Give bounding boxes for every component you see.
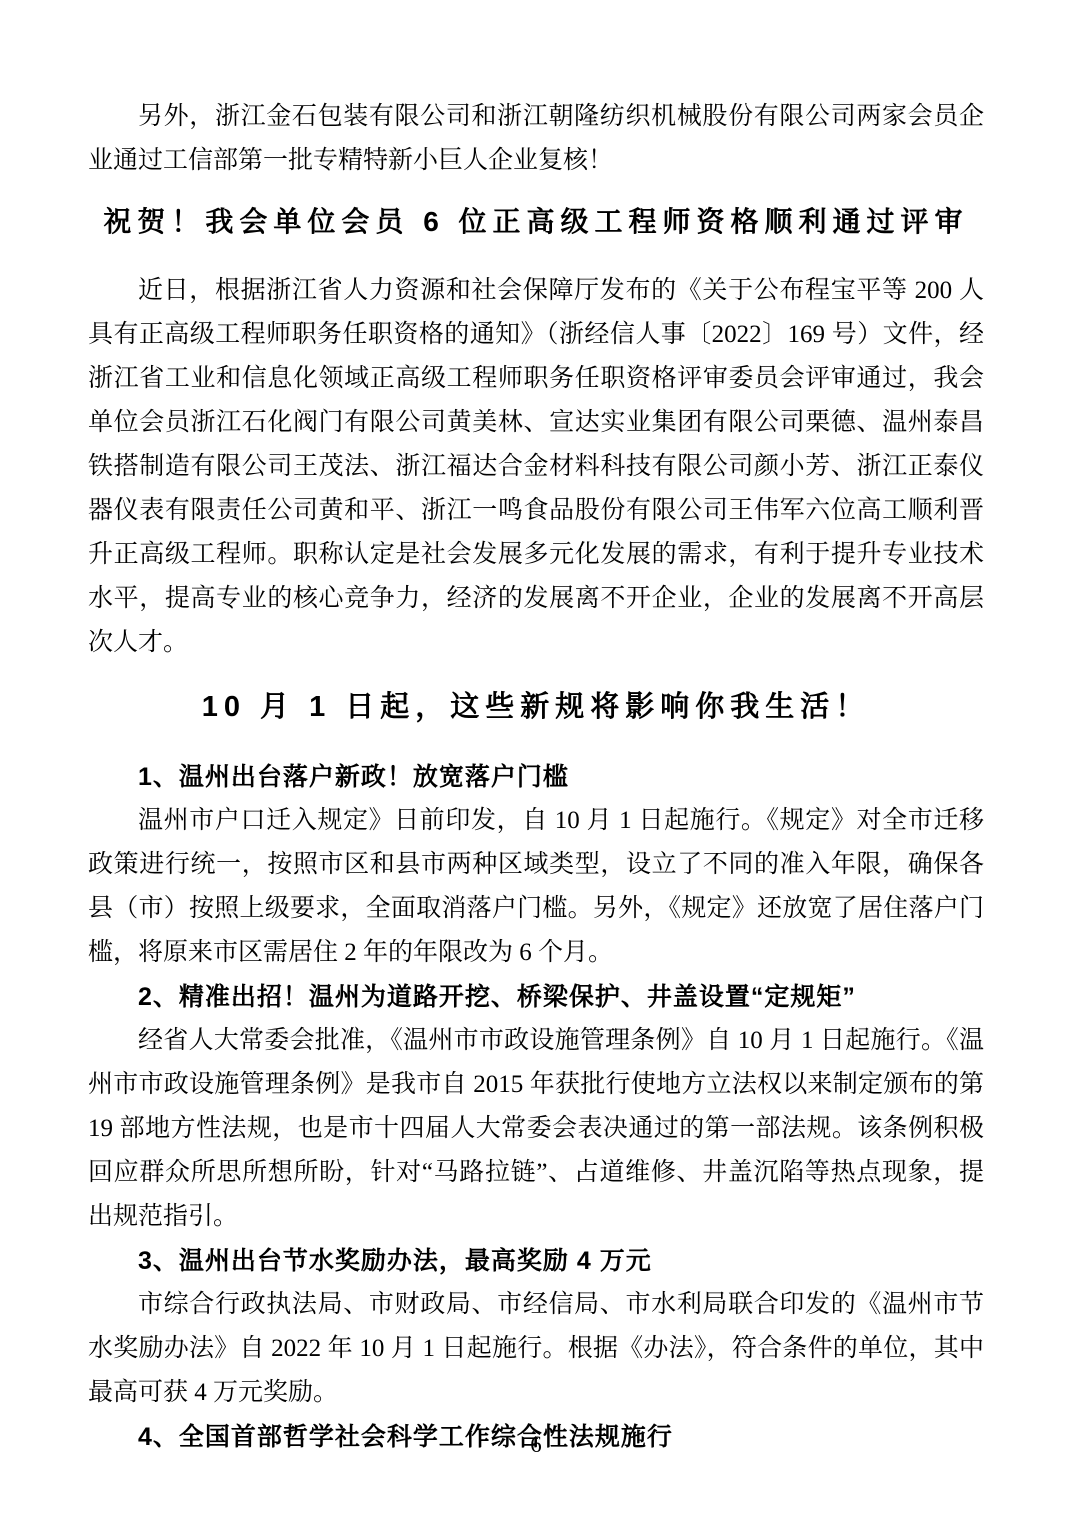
section3-heading: 3、温州出台节水奖励办法，最高奖励 4 万元 bbox=[88, 1239, 984, 1283]
article2-title: 10 月 1 日起，这些新规将影响你我生活！ bbox=[88, 683, 984, 731]
article1-body-paragraph: 近日，根据浙江省人力资源和社会保障厅发布的《关于公布程宝平等 200 人具有正高… bbox=[88, 269, 984, 665]
page-number: 6 bbox=[0, 1428, 1072, 1462]
page-content: 另外，浙江金石包装有限公司和浙江朝隆纺织机械股份有限公司两家会员企业通过工信部第… bbox=[0, 0, 1072, 1459]
section2-body-paragraph: 经省人大常委会批准，《温州市市政设施管理条例》自 10 月 1 日起施行。《温州… bbox=[88, 1019, 984, 1239]
section3-body-paragraph: 市综合行政执法局、市财政局、市经信局、市水利局联合印发的《温州市节水奖励办法》自… bbox=[88, 1283, 984, 1415]
article1-title: 祝贺！我会单位会员 6 位正高级工程师资格顺利通过评审 bbox=[88, 199, 984, 245]
section1-heading: 1、温州出台落户新政！放宽落户门槛 bbox=[88, 755, 984, 799]
document-page: 另外，浙江金石包装有限公司和浙江朝隆纺织机械股份有限公司两家会员企业通过工信部第… bbox=[0, 0, 1072, 1531]
section1-body-paragraph: 温州市户口迁入规定》日前印发，自 10 月 1 日起施行。《规定》对全市迁移政策… bbox=[88, 799, 984, 975]
intro-paragraph: 另外，浙江金石包装有限公司和浙江朝隆纺织机械股份有限公司两家会员企业通过工信部第… bbox=[88, 95, 984, 183]
section2-heading: 2、精准出招！温州为道路开挖、桥梁保护、井盖设置“定规矩” bbox=[88, 975, 984, 1019]
